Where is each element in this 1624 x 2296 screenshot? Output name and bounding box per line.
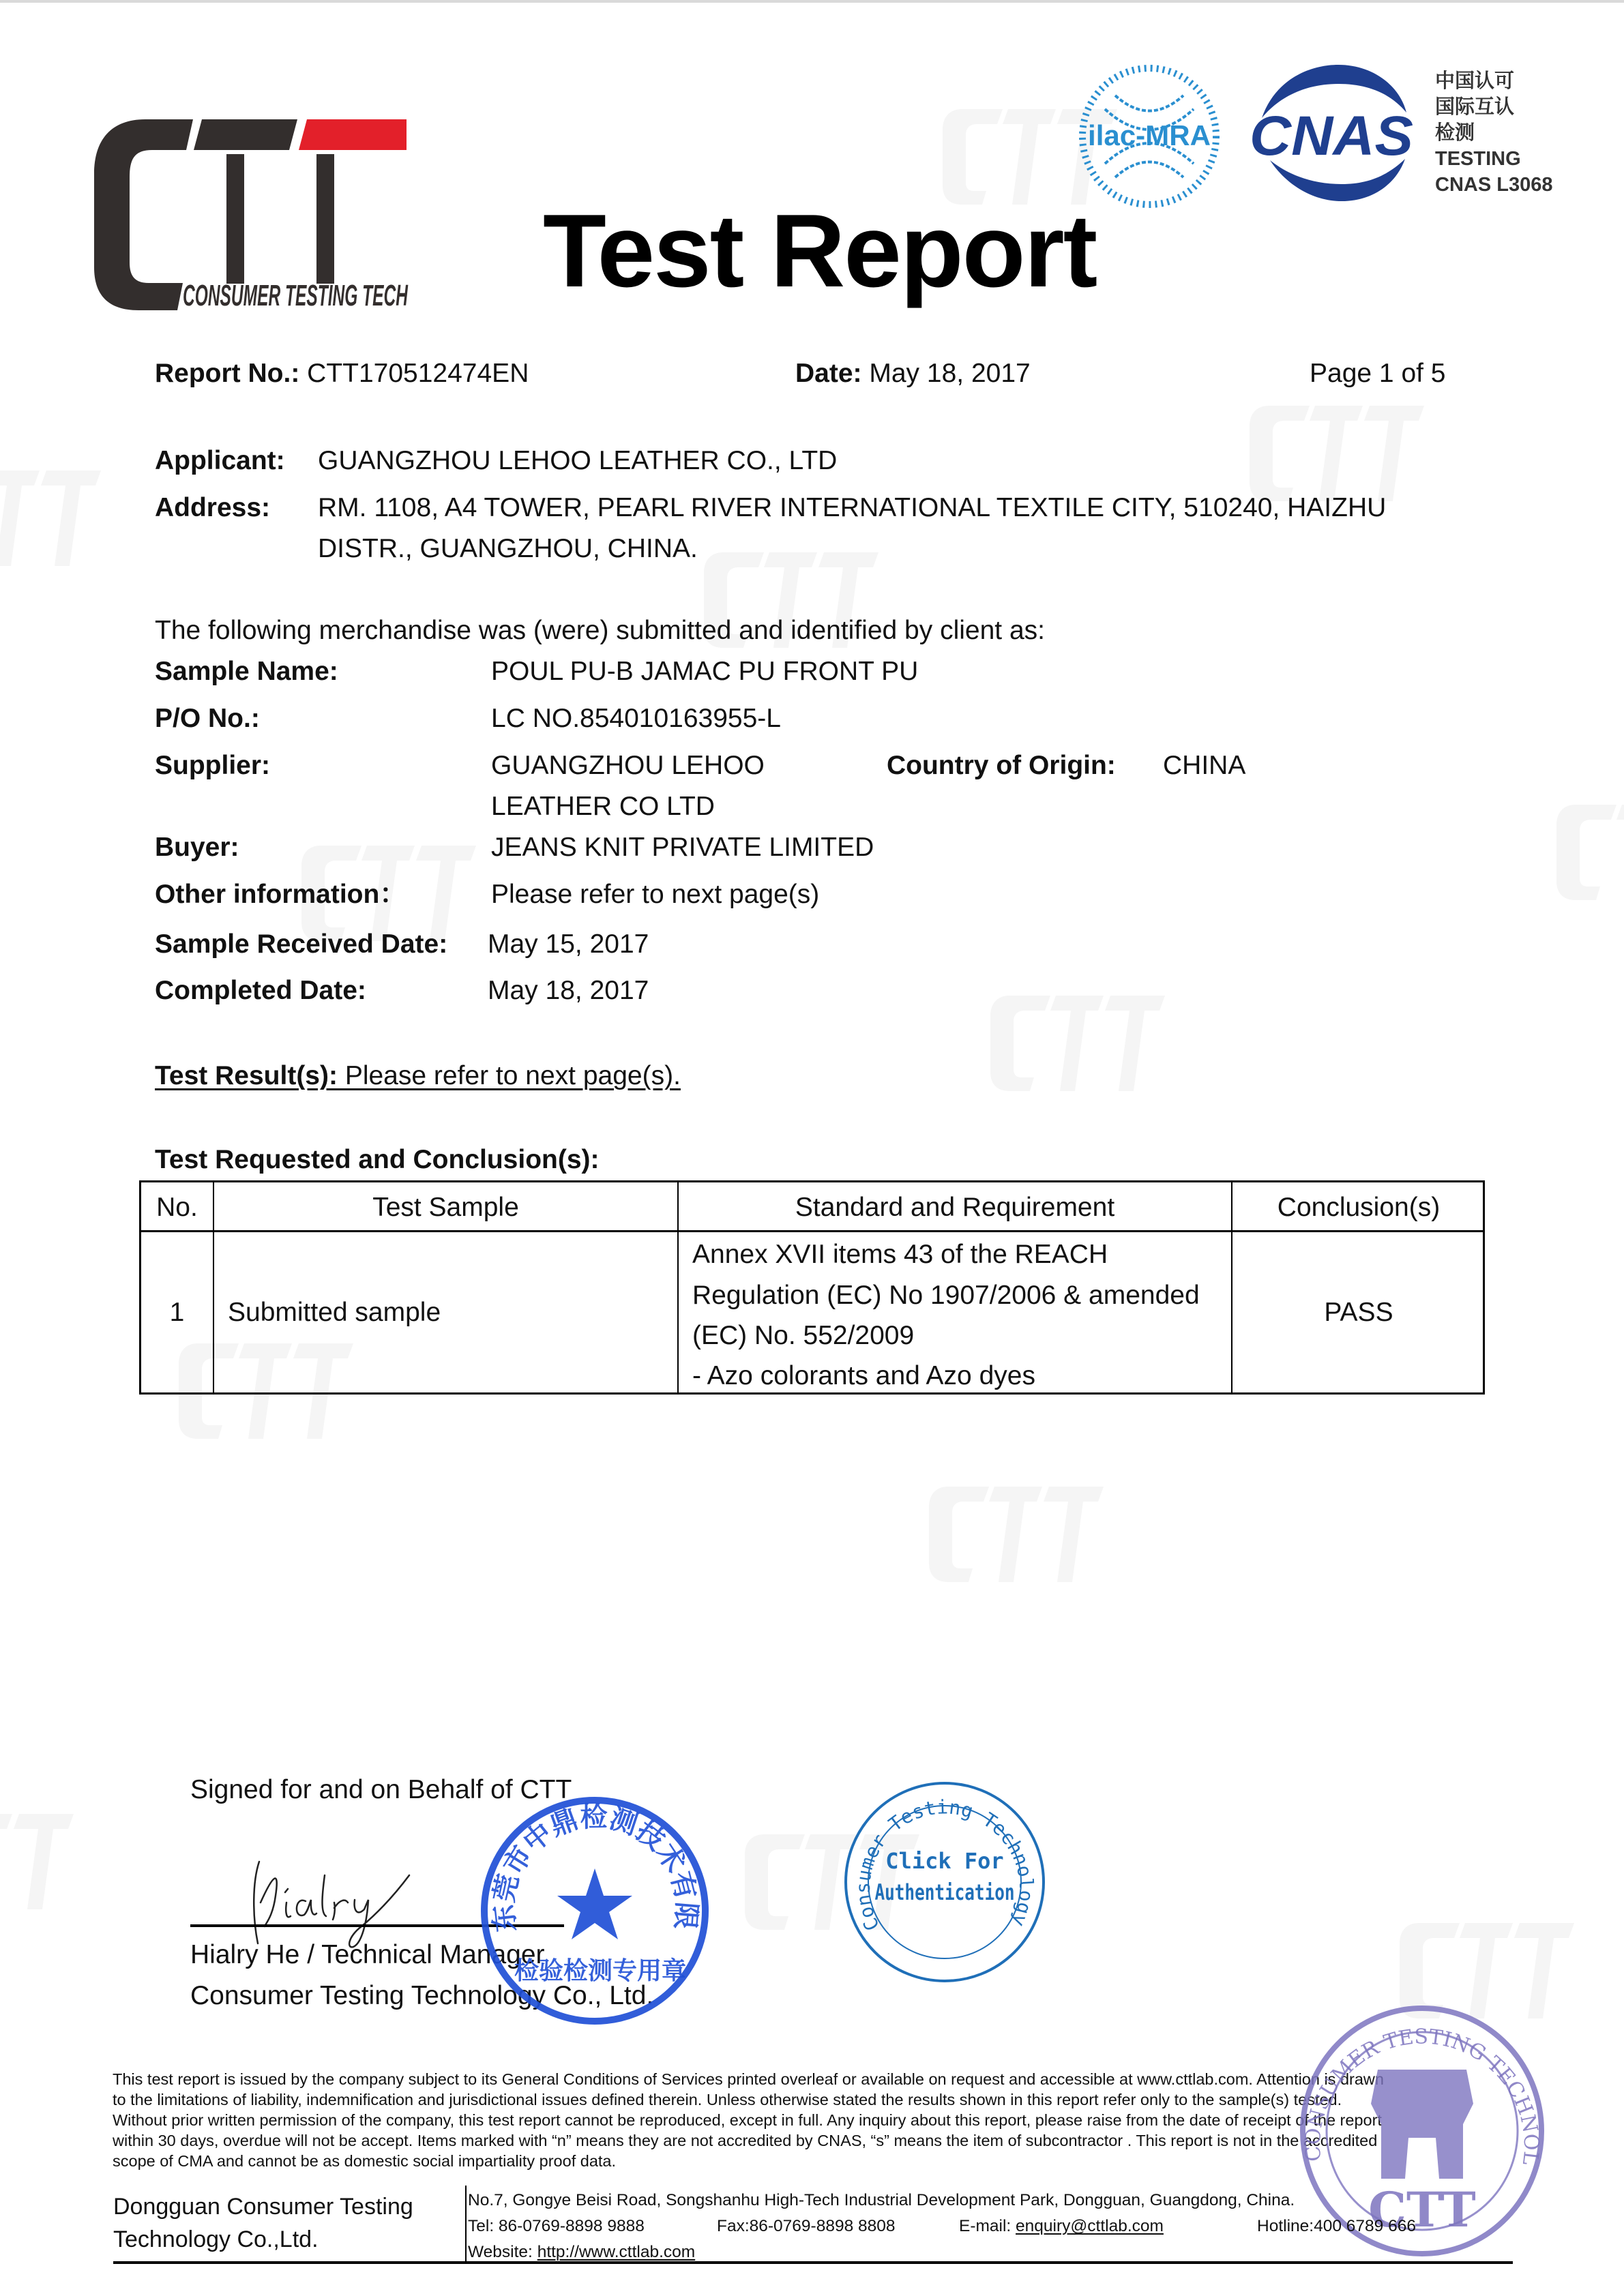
field-label: P/O No.: [155,704,260,734]
field-label: Completed Date: [155,976,366,1006]
ctt-logo: CONSUMER TESTING TECH [80,116,469,310]
accreditation-line: 检测 [1435,120,1552,146]
row-test-sample: Submitted sample [228,1298,441,1328]
address-label: Address: [155,494,270,523]
page-title: Test Report [543,199,1096,303]
footer-divider [465,2186,467,2263]
click-for-authentication-stamp[interactable]: Consumer Testing Technology Co.,Ltd. Cli… [842,1780,1047,1984]
accreditation-line: 国际互认 [1435,94,1552,120]
row-standard-line: Regulation (EC) No 1907/2006 & amended [692,1281,1200,1311]
footer-hotline: Hotline:400 6789 666 [1257,2213,1416,2239]
ilac-mra-logo: ilac-MRA [1078,65,1221,208]
field-label: Other information： [155,880,406,910]
accreditation-line: CNAS L3068 [1435,172,1552,198]
ctt-watermark-icon [0,464,143,573]
sample-intro: The following merchandise was (were) sub… [155,616,1045,646]
supplier-value: GUANGZHOU LEHOO [491,751,765,781]
report-date-label: Date: [795,359,862,388]
applicant-label: Applicant: [155,447,285,476]
report-date: Date: May 18, 2017 [795,359,1031,389]
accreditation-text: 中国认可 国际互认 检测 TESTING CNAS L3068 [1435,68,1552,198]
ctt-watermark-icon [921,1480,1146,1589]
report-number-label: Report No.: [155,359,299,388]
report-number-value: CTT170512474EN [307,359,529,388]
row-standard-line: (EC) No. 552/2009 [692,1322,914,1351]
footer-tel: Tel: 86-0769-8898 9888 [468,2213,645,2239]
conclusion-heading: Test Requested and Conclusion(s): [155,1146,600,1175]
row-standard-line: Annex XVII items 43 of the REACH [692,1240,1108,1270]
test-result-line: Test Result(s): Please refer to next pag… [155,1062,681,1091]
footer-email: E-mail: enquiry@cttlab.com [959,2213,1164,2239]
ctt-watermark-icon [1241,399,1466,508]
supplier-value-line-2: LEATHER CO LTD [491,792,715,822]
svg-text:Click For: Click For [885,1848,1003,1874]
origin-label: Country of Origin: [887,751,1116,781]
footer-address: No.7, Gongye Beisi Road, Songshanhu High… [468,2188,1295,2213]
page-indicator: Page 1 of 5 [1310,359,1446,389]
company-seal-stamp: 东莞市中鼎检测技术有限公司 检验检测专用章 [477,1793,713,2029]
svg-text:Authentication: Authentication [875,1879,1015,1905]
row-standard-line: - Azo colorants and Azo dyes [692,1362,1035,1391]
cnas-logo: CNAS [1243,65,1417,208]
table-header-divider [141,1230,1483,1232]
other-info-value: Please refer to next page(s) [491,880,819,910]
svg-text:检验检测专用章: 检验检测专用章 [514,1956,686,1985]
address-line-2: DISTR., GUANGZHOU, CHINA. [318,535,698,564]
svg-text:CNAS: CNAS [1250,105,1413,167]
handwritten-signature [246,1855,423,1950]
po-number-value: LC NO.854010163955-L [491,704,781,734]
ctt-watermark-icon [1548,798,1624,907]
row-conclusion: PASS [1232,1298,1485,1328]
test-result-value: Please refer to next page(s). [338,1061,681,1090]
svg-text:CONSUMER TESTING TECH: CONSUMER TESTING TECH [183,279,409,310]
origin-value: CHINA [1163,751,1245,781]
footer-company-line: Technology Co.,Ltd. [113,2223,413,2256]
completed-date-value: May 18, 2017 [488,976,649,1006]
table-header: Test Sample [214,1193,677,1223]
table-header: No. [141,1193,213,1223]
footer-email-label: E-mail: [959,2217,1016,2235]
table-header: Conclusion(s) [1232,1193,1485,1223]
row-number: 1 [141,1298,213,1328]
table-header: Standard and Requirement [679,1193,1231,1223]
applicant-value: GUANGZHOU LEHOO LEATHER CO., LTD [318,447,837,476]
field-label: Sample Name: [155,657,338,687]
conclusion-table: No. Test Sample Standard and Requirement… [139,1180,1485,1395]
ctt-watermark-icon [982,989,1207,1098]
footer-website-label: Website: [468,2243,537,2261]
footer-rule [113,2261,1513,2264]
received-date-value: May 15, 2017 [488,930,649,959]
buyer-value: JEANS KNIT PRIVATE LIMITED [491,833,874,863]
address-line-1: RM. 1108, A4 TOWER, PEARL RIVER INTERNAT… [318,494,1386,523]
field-label: Buyer: [155,833,239,863]
footer-fax: Fax:86-0769-8898 8808 [717,2213,896,2239]
footer-email-link[interactable]: enquiry@cttlab.com [1016,2217,1164,2235]
accreditation-line: TESTING [1435,146,1552,172]
svg-text:ilac-MRA: ilac-MRA [1088,119,1211,151]
report-date-value: May 18, 2017 [869,359,1030,388]
page-top-edge [0,0,1624,3]
footer-company-line: Dongguan Consumer Testing [113,2190,413,2223]
report-number: Report No.: CTT170512474EN [155,359,529,389]
footer-website-link[interactable]: http://www.cttlab.com [537,2243,695,2261]
accreditation-line: 中国认可 [1435,68,1552,94]
field-label: Supplier: [155,751,270,781]
field-label: Sample Received Date: [155,930,447,959]
sample-name-value: POUL PU-B JAMAC PU FRONT PU [491,657,918,687]
footer-company: Dongguan Consumer Testing Technology Co.… [113,2190,413,2256]
ctt-watermark-icon [0,1807,116,1916]
test-result-label: Test Result(s): [155,1061,338,1090]
